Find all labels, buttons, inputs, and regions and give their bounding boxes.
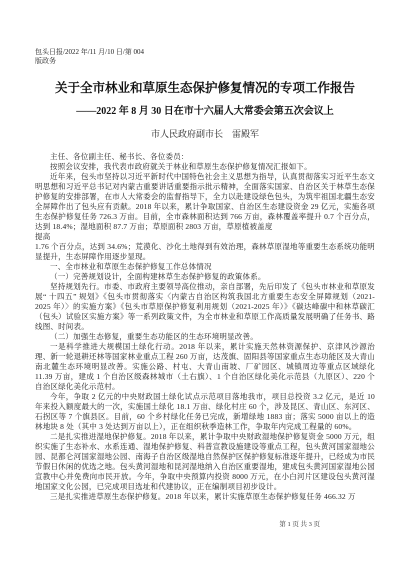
paragraph-wetland: 二是扎实推进湿地保护修复。2018 年以来，累计争取中央财政湿地保护修复资金 5… bbox=[35, 432, 375, 492]
publication-section-line: 版政务 bbox=[35, 57, 375, 66]
publication-info: 包头日报/2022 年/11 月/10 日/第 004 版政务 bbox=[35, 48, 375, 66]
paragraph-planning: 坚持规划先行。市委、市政府主要领导高位推动，亲自部署，先后印发了《包头市林业和草… bbox=[35, 282, 375, 332]
paragraph-intro: 按照会议安排，我代表市政府就关于林业和草原生态保护修复情况汇报如下。 bbox=[35, 162, 375, 172]
subsection-heading-1-2: （二）加强生态修复，重要生态功能区的生态环境明显改善。 bbox=[35, 332, 375, 342]
document-page: 包头日报/2022 年/11 月/10 日/第 004 版政务 关于全市林业和草… bbox=[0, 0, 410, 580]
subsection-heading-1-1: （一）完善规划设计，全面构建林草生态保护修复的政策体系。 bbox=[35, 272, 375, 282]
paragraph-grassland: 三是扎实推进草原生态保护修复。2018 年以来，累计实施草原生态保护修复任务 4… bbox=[35, 492, 375, 502]
document-title: 关于全市林业和草原生态保护修复情况的专项工作报告 bbox=[35, 80, 375, 96]
document-subtitle: ——2022 年 8 月 30 日在市十六届人大常委会第五次会议上 bbox=[35, 105, 375, 118]
page-number: 第 1 页 共 3 页 bbox=[279, 521, 320, 529]
document-body: 主任、各位副主任、秘书长、各位委员： 按照会议安排，我代表市政府就关于林业和草原… bbox=[35, 152, 375, 502]
publication-date-line: 包头日报/2022 年/11 月/10 日/第 004 bbox=[35, 48, 375, 57]
paragraph-overview-continued: 1.76 个百分点，达到 34.6%；荒漠化、沙化土地得到有效治理，森林草原湿地… bbox=[35, 242, 375, 262]
paragraph-overview: 近年来，包头市坚持以习近平新时代中国特色社会主义思想为指导，认真贯彻落实习近平生… bbox=[35, 172, 375, 232]
section-heading-1: 一、全市林业和草原生态保护修复工作总体情况 bbox=[35, 262, 375, 272]
author-line: 市人民政府副市长 雷殿军 bbox=[35, 129, 375, 140]
paragraph-this-year-greening: 今年，争取 2 亿元的中央财政国土绿化试点示范项目落地我市，项目总投资 3.2 … bbox=[35, 392, 375, 432]
salutation-line: 主任、各位副主任、秘书长、各位委员： bbox=[35, 152, 375, 162]
paragraph-greening: 一是科学推进大规模国土绿化行动。2018 年以来，累计实施天然林资源保护、京津风… bbox=[35, 342, 375, 392]
paragraph-overview-break: 提高 bbox=[35, 232, 375, 242]
